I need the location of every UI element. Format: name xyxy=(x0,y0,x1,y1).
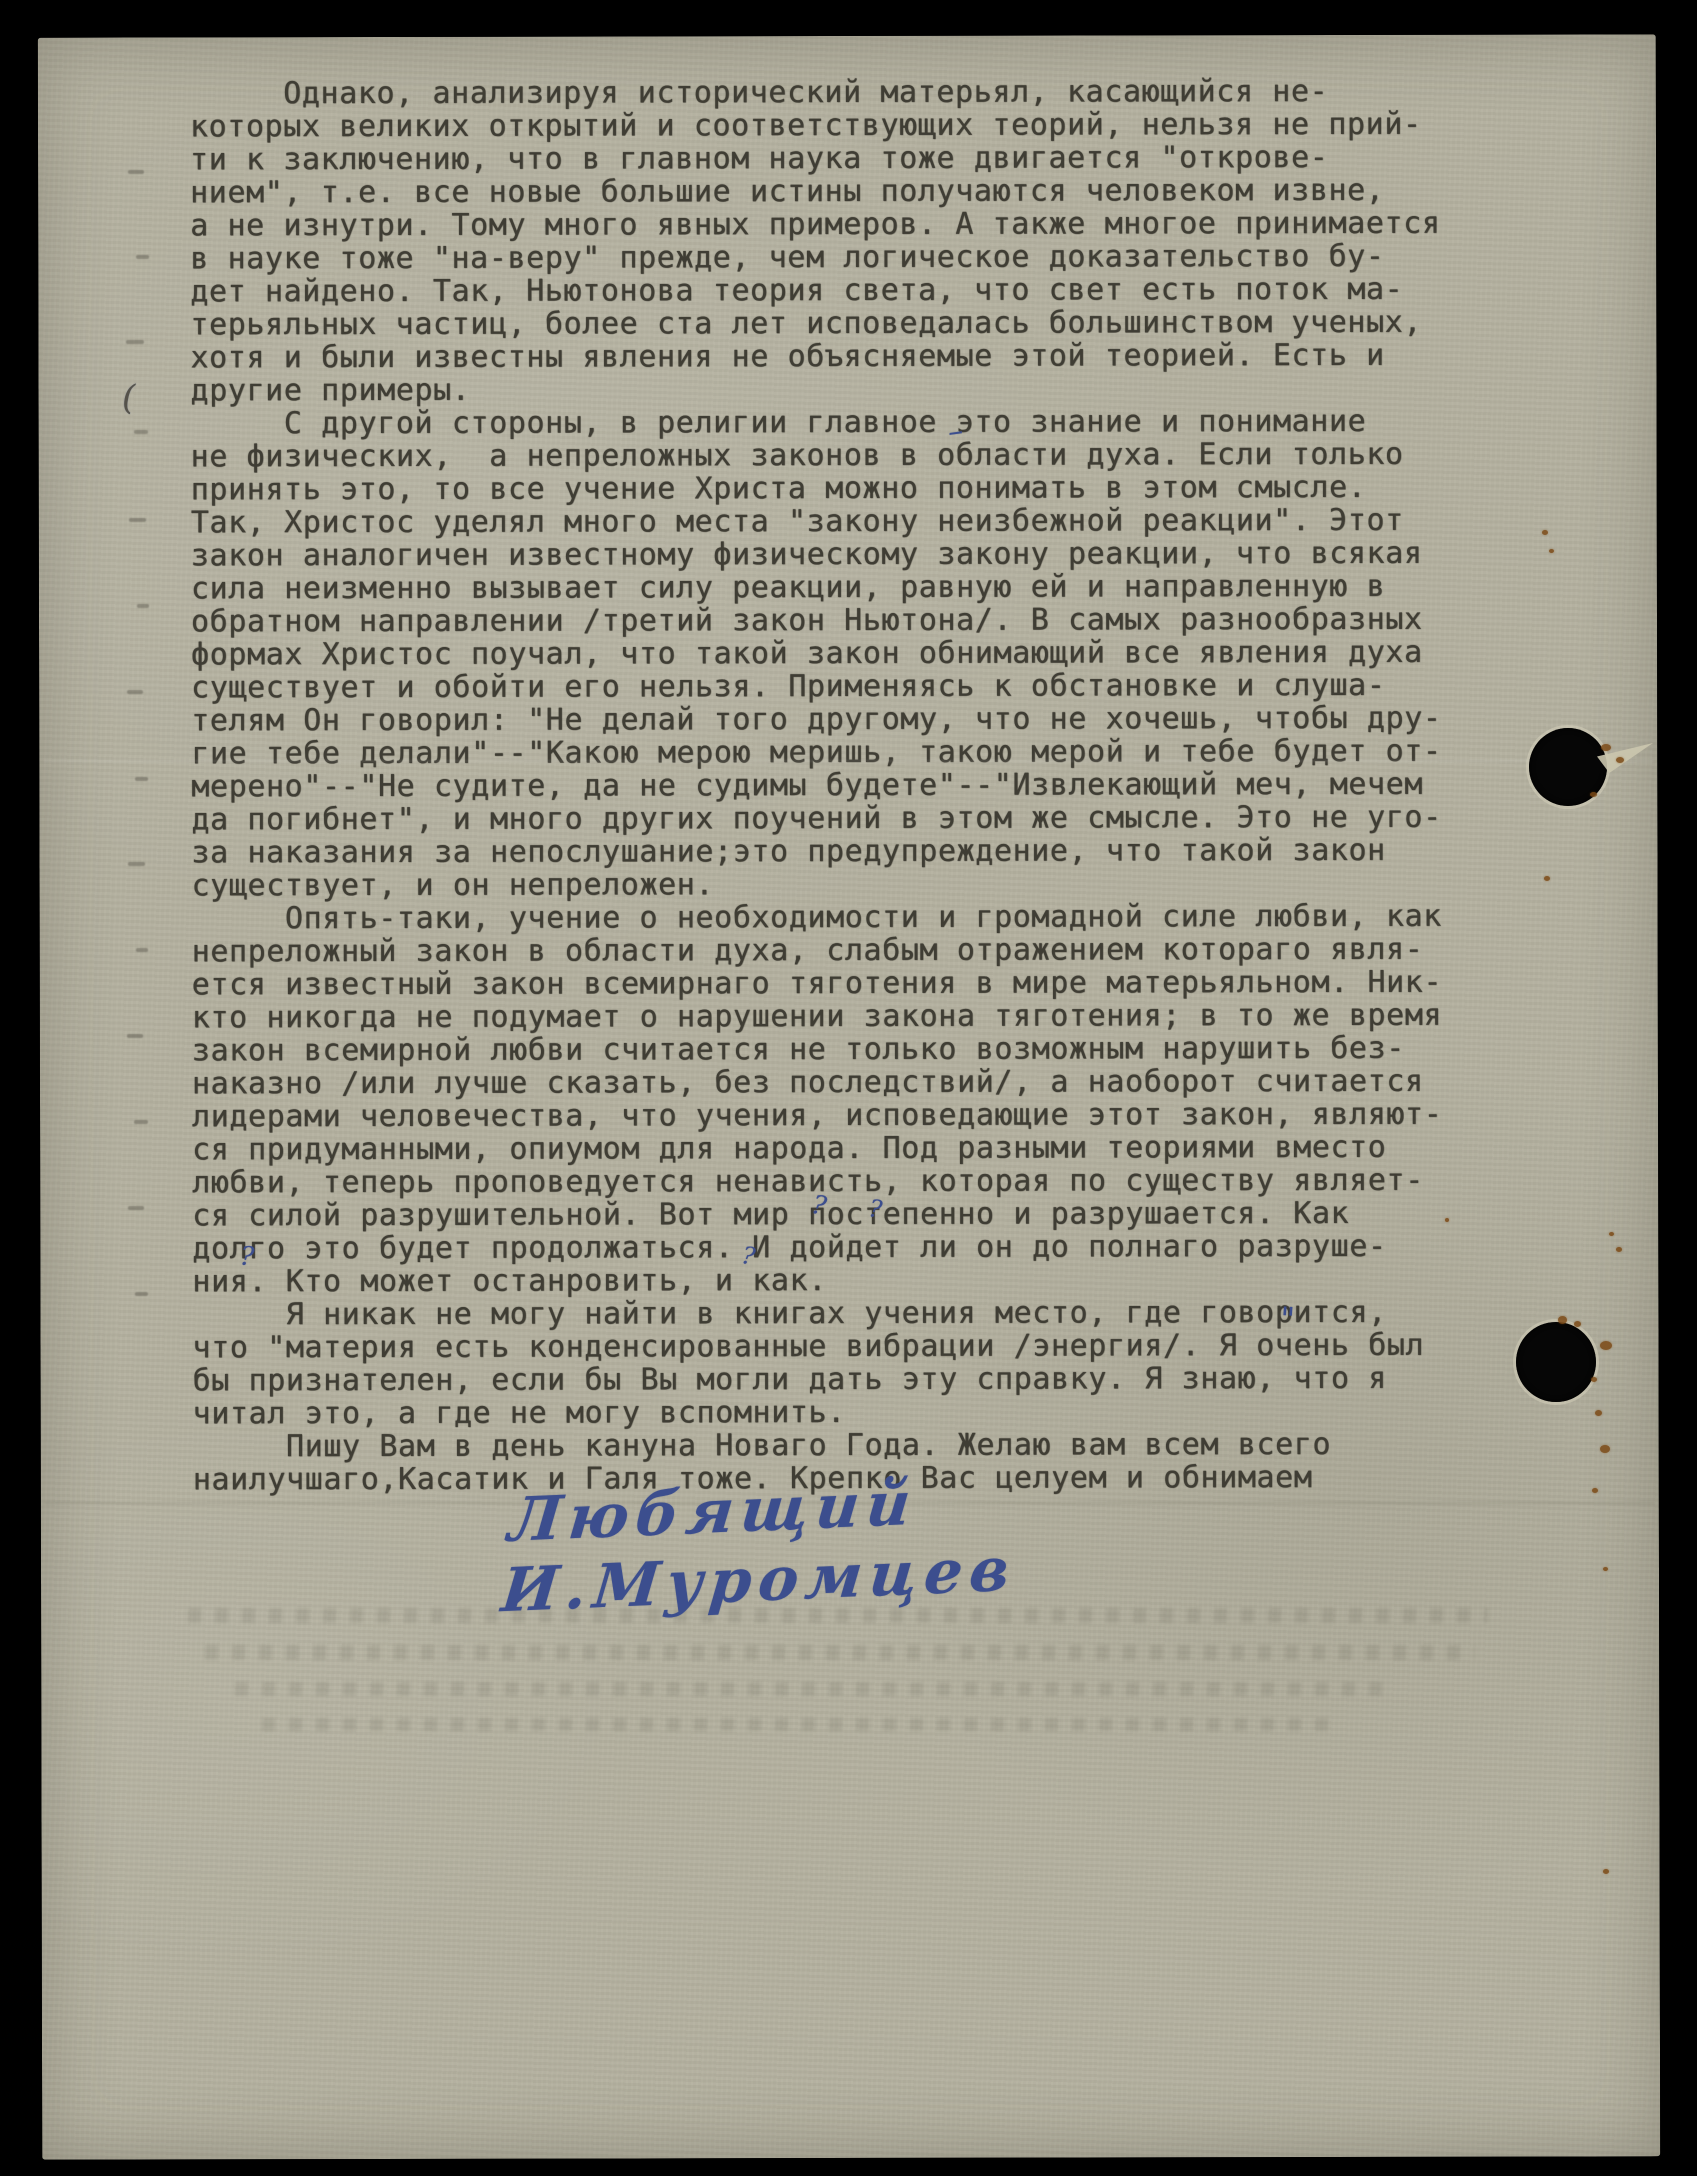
typed-line: не физических, а непреложных законов в о… xyxy=(191,438,1551,474)
typed-line: непреложный закон в области духа, слабым… xyxy=(192,933,1552,969)
typed-line: другие примеры. xyxy=(190,372,1550,408)
typed-line: гие тебе делали"--"Какою мерою меришь, т… xyxy=(191,735,1551,771)
typed-line: бы признателен, если бы Вы могли дать эт… xyxy=(193,1362,1553,1398)
typed-line: закон аналогичен известному физическому … xyxy=(191,537,1551,573)
typed-line: да погибнет", и много других поучений в … xyxy=(191,801,1551,837)
typed-line: ти к заключению, что в главном наука тож… xyxy=(190,141,1550,177)
typed-line: существует и обойти его нельзя. Применяя… xyxy=(191,669,1551,705)
typed-line: Я никак не могу найти в книгах учения ме… xyxy=(192,1296,1552,1332)
typed-line: что "материя есть конденсированные вибра… xyxy=(192,1329,1552,1365)
typed-line: принять это, то все учение Христа можно … xyxy=(191,471,1551,507)
typed-line: наказно /или лучше сказать, без последст… xyxy=(192,1065,1552,1101)
typed-line: мерено"--"Не судите, да не судимы будете… xyxy=(191,768,1551,804)
typed-line: за наказания за непослушание;это предупр… xyxy=(191,834,1551,870)
typed-line: которых великих открытий и соответствующ… xyxy=(190,108,1550,144)
letter-body: Однако, анализируя исторический матерьял… xyxy=(190,75,1553,1497)
scan-background: Однако, анализируя исторический матерьял… xyxy=(0,0,1697,2176)
typed-line: ется известный закон всемирнаго тяготени… xyxy=(192,966,1552,1002)
typed-line: обратном направлении /третий закон Ньюто… xyxy=(191,603,1551,639)
typed-line: хотя и были известны явления не объясняе… xyxy=(190,339,1550,375)
letter-paper: Однако, анализируя исторический матерьял… xyxy=(38,34,1660,2159)
typed-line: С другой стороны, в религии главное это … xyxy=(191,405,1551,441)
typed-line: любви, теперь проповедуется ненависть, к… xyxy=(192,1164,1552,1200)
typed-line: терьяльных частиц, более ста лет исповед… xyxy=(190,306,1550,342)
typed-line: ния. Кто может останровить, и как. xyxy=(192,1263,1552,1299)
typed-line: а не изнутри. Тому много явных примеров.… xyxy=(190,207,1550,243)
typed-line: лидерами человечества, что учения, испов… xyxy=(192,1098,1552,1134)
typed-line: формах Христос поучал, что такой закон о… xyxy=(191,636,1551,672)
typed-line: дет найдено. Так, Ньютонова теория света… xyxy=(190,273,1550,309)
paper-crease xyxy=(44,760,1654,762)
typed-line: в науке тоже "на-веру" прежде, чем логич… xyxy=(190,240,1550,276)
typed-line: сила неизменно вызывает силу реакции, ра… xyxy=(191,570,1551,606)
typed-line: ся силой разрушительной. Вот мир постепе… xyxy=(192,1197,1552,1233)
typed-line: долго это будет продолжаться. И дойдет л… xyxy=(192,1230,1552,1266)
typed-line: закон всемирной любви считается не тольк… xyxy=(192,1032,1552,1068)
typed-line: ся придуманными, опиумом для народа. Под… xyxy=(192,1131,1552,1167)
typed-line: Опять-таки, учение о необходимости и гро… xyxy=(192,900,1552,936)
typed-line: Однако, анализируя исторический матерьял… xyxy=(190,75,1550,111)
typed-line: телям Он говорил: "Не делай того другому… xyxy=(191,702,1551,738)
typed-line: нием", т.е. все новые большие истины пол… xyxy=(190,174,1550,210)
typed-line: существует, и он непреложен. xyxy=(192,867,1552,903)
typed-line: читал это, а где не могу вспомнить. xyxy=(193,1395,1553,1431)
typed-line: Так, Христос уделял много места "закону … xyxy=(191,504,1551,540)
typed-line: кто никогда не подумает о нарушении зако… xyxy=(192,999,1552,1035)
